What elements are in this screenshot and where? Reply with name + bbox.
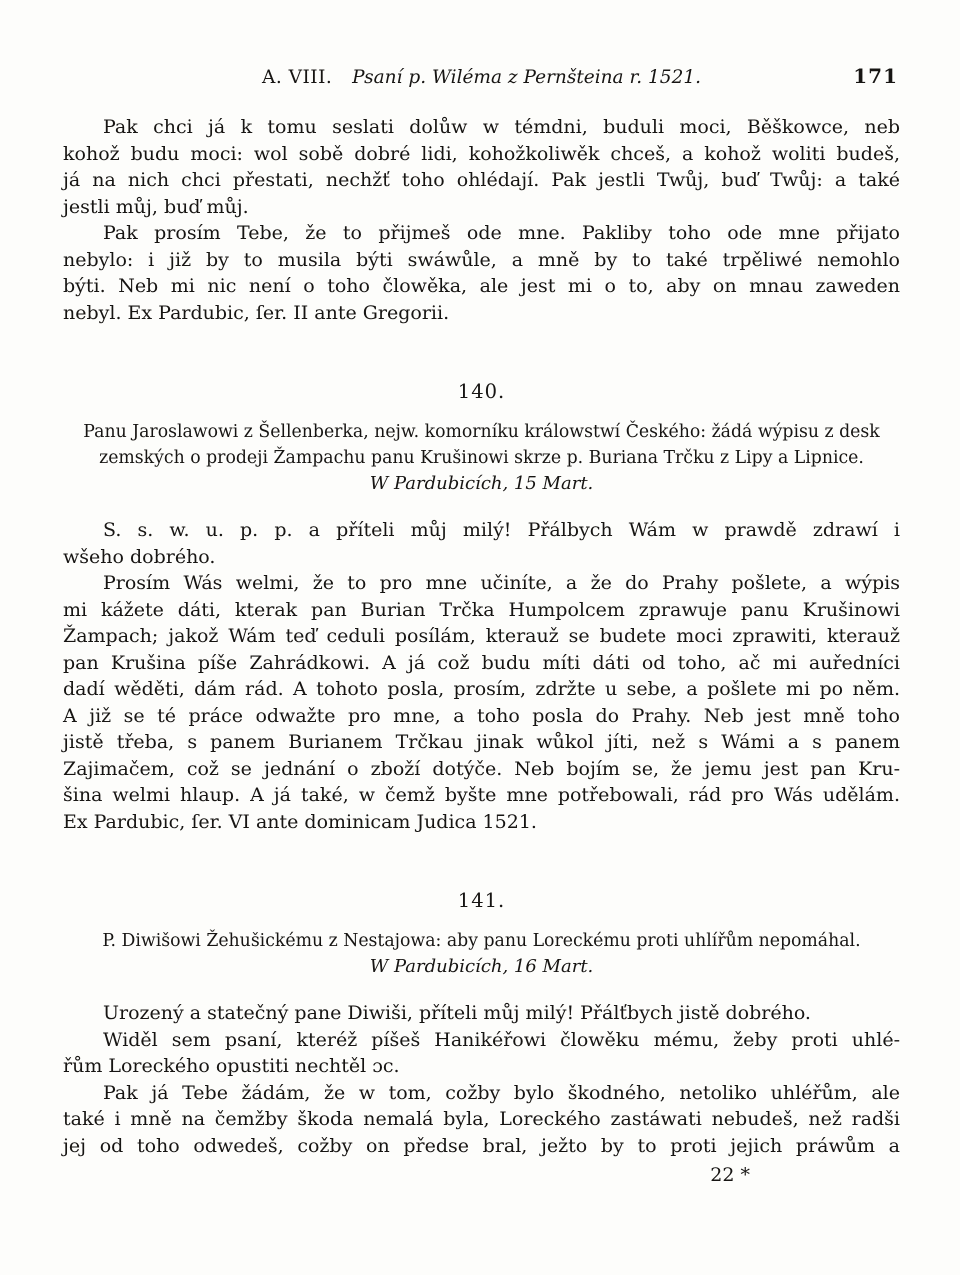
text-line: Urozený a statečný pane Diwiši, příteli … [63,1000,900,1027]
text-line: Prosím Wás welmi, že to pro mne učiníte,… [63,570,900,597]
text-line: jej od toho odwedeš, cožby on předse bra… [63,1133,900,1160]
text-line: S. s. w. u. p. p. a příteli můj milý! Př… [63,517,900,544]
text-line: nebylo: i již by to musila býti swáwůle,… [63,247,900,274]
text-line: já na nich chci přestati, nechžť toho oh… [63,167,900,194]
letter-summary-line: P. Diwišowi Žehušickému z Nestajowa: aby… [63,928,900,954]
letter-dateline: W Pardubicích, 16 Mart. [63,954,900,980]
text-line: řům Loreckého opustiti nechtěl ɔc. [63,1053,900,1080]
header-running-title: Psaní p. Wiléma z Pernšteina r. 1521. [352,67,701,88]
text-line: kohož budu moci: wol sobě dobré lidi, ko… [63,141,900,168]
page-number: 171 [853,64,898,88]
letter-paragraph: Pak já Tebe žádám, že w tom, cožby bylo … [63,1080,900,1160]
text-line: dadí wěděti, dám rád. A tohoto posla, pr… [63,676,900,703]
text-line: mi kážete dáti, kterak pan Burian Trčka … [63,597,900,624]
letter-number: 140. [63,378,900,405]
text-line: Žampach; jakož Wám teď ceduli posílám, k… [63,623,900,650]
text-line: A již se té práce odwažte pro mne, a toh… [63,703,900,730]
page-header: A. VIII. Psaní p. Wiléma z Pernšteina r.… [63,66,900,90]
text-line: Zajimačem, což se jednání o zboží dotýče… [63,756,900,783]
letter-number: 141. [63,887,900,914]
letter-paragraph: Urozený a statečný pane Diwiši, příteli … [63,1000,900,1027]
text-line: nebyl. Ex Pardubic, ſer. II ante Gregori… [63,300,900,327]
text-line: také i mně na čemžby škoda nemalá byla, … [63,1106,900,1133]
letters-container: Pak chci já k tomu seslati dolůw w témdn… [63,114,900,1159]
letter-summary-line: zemských o prodeji Žampachu panu Krušino… [63,445,900,471]
text-line: Pak prosím Tebe, že to přijmeš ode mne. … [63,220,900,247]
text-line: jistě třeba, s panem Burianem Trčkau jin… [63,729,900,756]
letter-paragraph: Widěl sem psaní, kteréž píšeš Hanikéřowi… [63,1027,900,1080]
text-line: býti. Neb mi nic není o toho člowěka, al… [63,273,900,300]
header-section-label: A. VIII. [262,67,332,88]
text-line: pan Krušina píše Zahrádkowi. A já což bu… [63,650,900,677]
scanned-book-page: A. VIII. Psaní p. Wiléma z Pernšteina r.… [0,0,960,1275]
text-line: Widěl sem psaní, kteréž píšeš Hanikéřowi… [63,1027,900,1054]
text-line: Pak chci já k tomu seslati dolůw w témdn… [63,114,900,141]
signature-mark: 22 * [63,1162,900,1188]
text-line: Pak já Tebe žádám, že w tom, cožby bylo … [63,1080,900,1107]
text-line: jestli můj, buď můj. [63,194,900,221]
letter-paragraph: Pak prosím Tebe, že to přijmeš ode mne. … [63,220,900,326]
text-line: šina welmi hlaup. A já také, w čemž byšt… [63,782,900,809]
text-line: wšeho dobrého. [63,544,900,571]
letter-paragraph: Pak chci já k tomu seslati dolůw w témdn… [63,114,900,220]
letter-paragraph: Prosím Wás welmi, že to pro mne učiníte,… [63,570,900,835]
letter-paragraph: S. s. w. u. p. p. a příteli můj milý! Př… [63,517,900,570]
letter-dateline: W Pardubicích, 15 Mart. [63,471,900,497]
letter-summary-line: Panu Jaroslawowi z Šellenberka, nejw. ko… [63,419,900,445]
text-line: Ex Pardubic, ſer. VI ante dominicam Judi… [63,809,900,836]
